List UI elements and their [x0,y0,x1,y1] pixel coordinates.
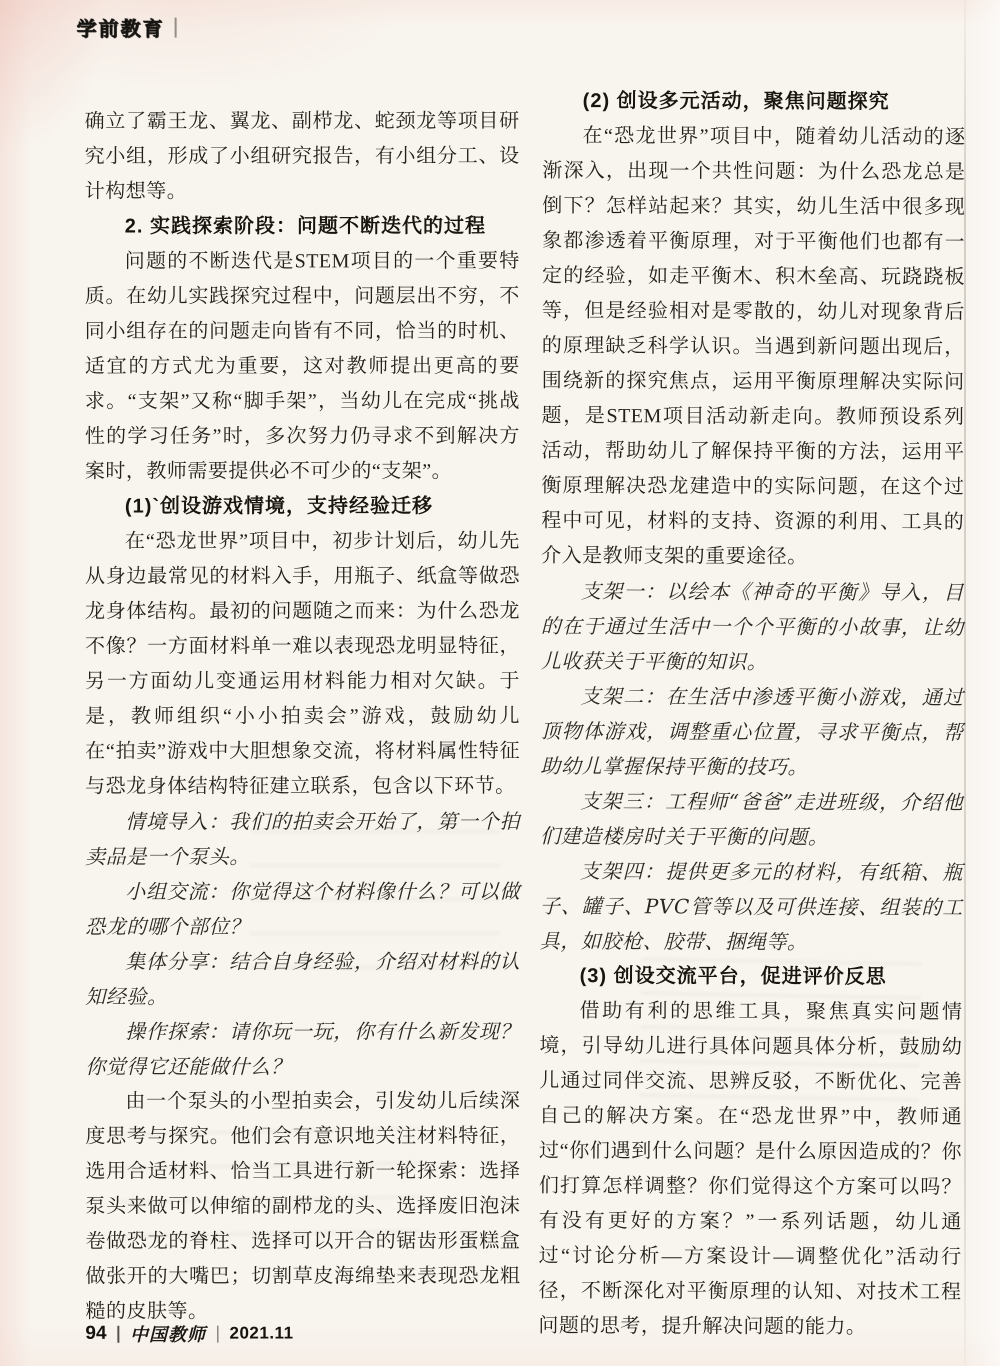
header-divider [175,17,177,37]
kaiti-scaffold-3: 支架三：工程师“爸爸”走进班级，介绍他们建造楼房时关于平衡的问题。 [540,784,963,855]
paragraph-auction-outcome: 由一个泵头的小型拍卖会，引发幼儿后续深度思考与探究。他们会有意识地关注材料特征，… [85,1084,520,1329]
kaiti-operation-explore: 操作探索：请你玩一玩，你有什么新发现？你觉得它还能做什么？ [85,1014,520,1084]
heading-strategy-2: (2) 创设多元活动，聚焦问题探究 [543,84,966,120]
page-header: 学前教育 [77,13,177,42]
left-column: 确立了霸王龙、翼龙、副栉龙、蛇颈龙等项目研究小组，形成了小组研究报告，有小组分工… [85,84,521,1344]
kaiti-group-exchange: 小组交流：你觉得这个材料像什么？可以做恐龙的哪个部位？ [85,874,520,944]
paragraph-iteration: 问题的不断迭代是STEM项目的一个重要特质。在幼儿实践探究过程中，问题层出不穷，… [85,244,520,489]
kaiti-scene-intro: 情境导入：我们的拍卖会开始了，第一个拍卖品是一个泵头。 [85,804,520,874]
paragraph-continuation: 确立了霸王龙、翼龙、副栉龙、蛇颈龙等项目研究小组，形成了小组研究报告，有小组分工… [85,104,520,209]
right-column: (2) 创设多元活动，聚焦问题探究 在“恐龙世界”项目中，随着幼儿活动的逐渐深入… [538,84,965,1345]
page-footer: 94 中国教师 2021.11 [85,1320,293,1346]
heading-strategy-3: (3) 创设交流平台，促进评价反思 [540,959,963,995]
page-number: 94 [85,1323,106,1345]
paragraph-game-context: 在“恐龙世界”项目中，初步计划后，幼儿先从身边最常见的材料入手，用瓶子、纸盒等做… [85,524,520,804]
kaiti-scaffold-1: 支架一：以绘本《神奇的平衡》导入，目的在于通过生活中一个个平衡的小故事，让幼儿收… [541,574,964,680]
heading-strategy-1: (1)`创设游戏情境，支持经验迁移 [85,489,520,524]
kaiti-collective-sharing: 集体分享：结合自身经验，介绍对材料的认知经验。 [85,944,520,1014]
section-label: 学前教育 [77,13,165,42]
page-content: 学前教育 确立了霸王龙、翼龙、副栉龙、蛇颈龙等项目研究小组，形成了小组研究报告，… [0,0,1000,1366]
paragraph-reflection: 借助有利的思维工具，聚焦真实问题情境，引导幼儿进行具体问题具体分析，鼓励幼儿通过… [538,994,962,1345]
issue-date: 2021.11 [229,1323,293,1343]
scanned-magazine-page: 学前教育 确立了霸王龙、翼龙、副栉龙、蛇颈龙等项目研究小组，形成了小组研究报告，… [0,0,1000,1366]
two-column-body: 确立了霸王龙、翼龙、副栉龙、蛇颈龙等项目研究小组，形成了小组研究报告，有小组分工… [84,83,969,1345]
paragraph-balance-problem: 在“恐龙世界”项目中，随着幼儿活动的逐渐深入，出现一个共性问题：为什么恐龙总是倒… [541,119,966,575]
kaiti-scaffold-2: 支架二：在生活中渗透平衡小游戏，通过顶物体游戏，调整重心位置，寻求平衡点，帮助幼… [540,679,963,785]
heading-stage-2: 2. 实践探索阶段：问题不断迭代的过程 [85,209,520,244]
footer-divider [117,1325,119,1342]
magazine-logo: 中国教师 [130,1321,206,1347]
footer-divider [217,1325,219,1342]
kaiti-scaffold-4: 支架四：提供更多元的材料，有纸箱、瓶子、罐子、PVC管等以及可供连接、组装的工具… [540,854,963,960]
